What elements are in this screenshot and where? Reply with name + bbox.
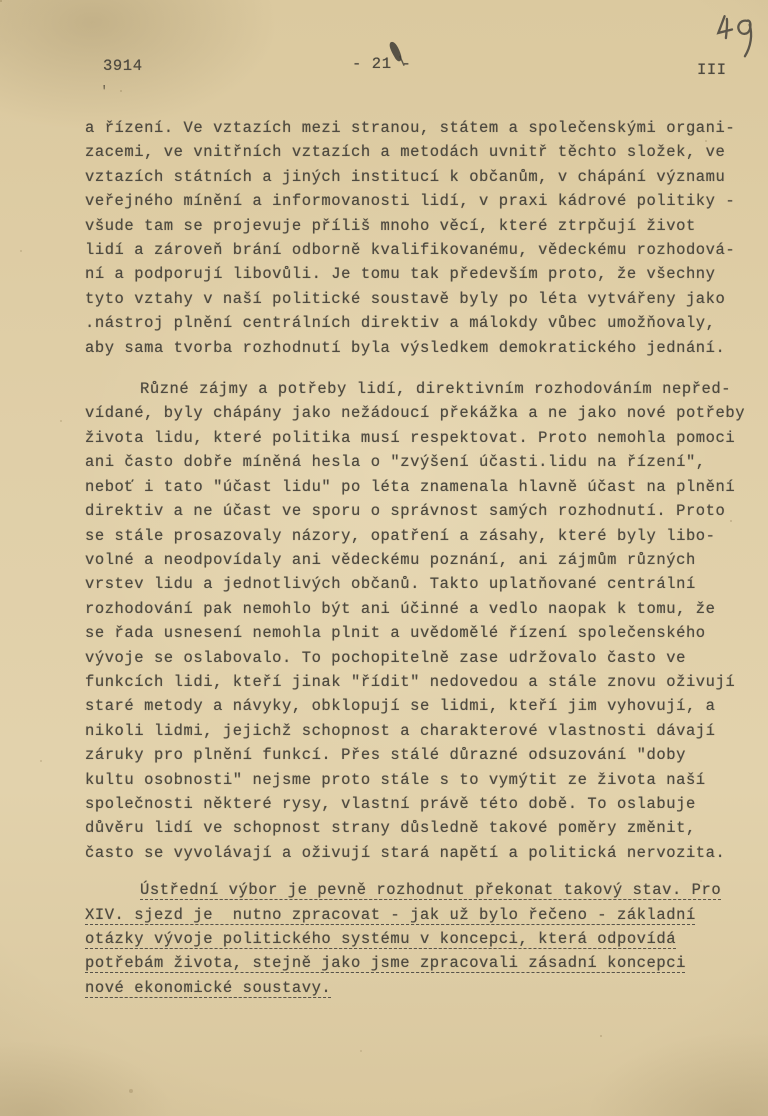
stray-mark: '	[100, 84, 108, 100]
ink-smudge-mark	[382, 38, 410, 74]
paragraph-1: a řízení. Ve vztazích mezi stranou, stát…	[85, 116, 753, 360]
paper-speckles	[0, 0, 2, 2]
paragraph-2: Různé zájmy a potřeby lidí, direktivním …	[85, 377, 753, 865]
document-body: a řízení. Ve vztazích mezi stranou, stát…	[85, 116, 753, 1000]
sheet-number: 3914	[103, 57, 143, 75]
paragraph-3-underlined: Ústřední výbor je pevně rozhodnut překon…	[85, 878, 753, 1000]
typewritten-document-page: 3914 - 21 - III ' a řízení. Ve vztazích …	[0, 0, 768, 1116]
handwritten-page-number	[711, 8, 763, 69]
